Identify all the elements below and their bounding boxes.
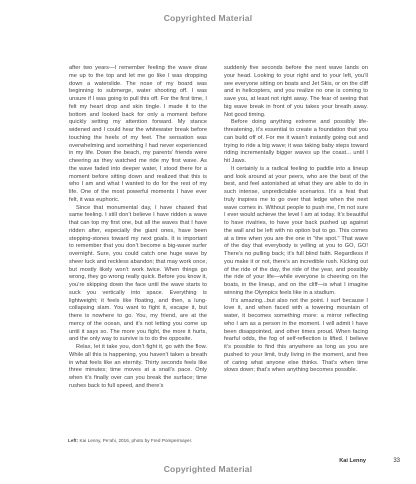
text-column-left: after two years—I remember feeling the w… bbox=[69, 65, 207, 391]
paragraph: after two years—I remember feeling the w… bbox=[69, 65, 207, 205]
paragraph: Relax, let it take you, don’t fight it, … bbox=[69, 344, 207, 391]
paragraph: Since that monumental day, I have chased… bbox=[69, 205, 207, 345]
paragraph: suddenly five seconds before the next wa… bbox=[224, 65, 368, 119]
copyright-watermark-top: Copyrighted Material bbox=[0, 13, 416, 23]
book-page: Copyrighted Material after two years—I r… bbox=[0, 0, 416, 484]
photo-caption: Left: Kai Lenny, Pe’ahi, 2016, photo by … bbox=[68, 438, 368, 443]
page-number: 33 bbox=[386, 458, 400, 464]
copyright-watermark-bottom: Copyrighted Material bbox=[0, 464, 416, 474]
paragraph: It’s amazing...but also not the point. I… bbox=[224, 298, 368, 376]
text-column-right: suddenly five seconds before the next wa… bbox=[224, 65, 368, 375]
paragraph: Before doing anything extreme and possib… bbox=[224, 119, 368, 166]
photo-caption-text: Kai Lenny, Pe’ahi, 2016, photo by Fred P… bbox=[78, 438, 192, 443]
paragraph: It certainly is a radical feeling to pad… bbox=[224, 166, 368, 298]
photo-caption-label: Left: bbox=[68, 438, 78, 443]
